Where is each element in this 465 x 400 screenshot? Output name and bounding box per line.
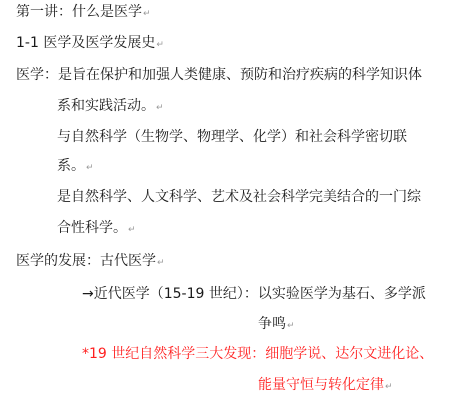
integration-line: 是自然科学、人文科学、艺术及社会科学完美结合的一门综 [57,188,421,206]
line-text: 1-1 医学及医学发展史 [16,35,155,51]
paragraph-mark-icon: ↵ [385,382,393,392]
relation-continuation: 系。↵ [57,157,94,177]
line-text: 医学：是旨在保护和加强人类健康、预防和治疗疾病的科学知识体 [16,67,422,83]
three-discoveries-line: *19 世纪自然科学三大发现：细胞学说、达尔文进化论、 [82,345,433,363]
relation-line: 与自然科学（生物学、物理学、化学）和社会科学密切联 [57,128,407,146]
paragraph-mark-icon: ↵ [128,225,136,235]
line-text: 第一讲：什么是医学 [16,4,142,20]
paragraph-mark-icon: ↵ [156,103,164,113]
paragraph-mark-icon: ↵ [287,321,295,331]
line-text: 是自然科学、人文科学、艺术及社会科学完美结合的一门综 [57,189,421,205]
paragraph-mark-icon: ↵ [157,258,165,268]
modern-medicine-continuation: 争鸣↵ [258,315,295,335]
paragraph-mark-icon: ↵ [156,40,164,50]
paragraph-mark-icon: ↵ [143,9,151,19]
line-text: 能量守恒与转化定律 [258,377,384,393]
three-discoveries-continuation: 能量守恒与转化定律↵ [258,376,393,396]
line-text: →近代医学（15-19 世纪）：以实验医学为基石、多学派 [82,286,426,302]
line-text: 合性科学。 [57,220,127,236]
line-text: 医学的发展：古代医学 [16,253,156,269]
line-text: 与自然科学（生物学、物理学、化学）和社会科学密切联 [57,129,407,145]
paragraph-mark-icon: ↵ [86,163,94,173]
definition-line: 医学：是旨在保护和加强人类健康、预防和治疗疾病的科学知识体 [16,66,422,84]
integration-continuation: 合性科学。↵ [57,219,136,239]
line-text: *19 世纪自然科学三大发现：细胞学说、达尔文进化论、 [82,346,433,362]
line-text: 争鸣 [258,316,286,332]
modern-medicine-line: →近代医学（15-19 世纪）：以实验医学为基石、多学派 [82,285,426,303]
definition-continuation: 系和实践活动。↵ [57,97,164,117]
development-heading: 医学的发展：古代医学↵ [16,252,165,272]
line-text: 系和实践活动。 [57,98,155,114]
line-text: 系。 [57,158,85,174]
section-heading: 1-1 医学及医学发展史↵ [16,34,164,54]
lecture-title: 第一讲：什么是医学↵ [16,3,151,23]
